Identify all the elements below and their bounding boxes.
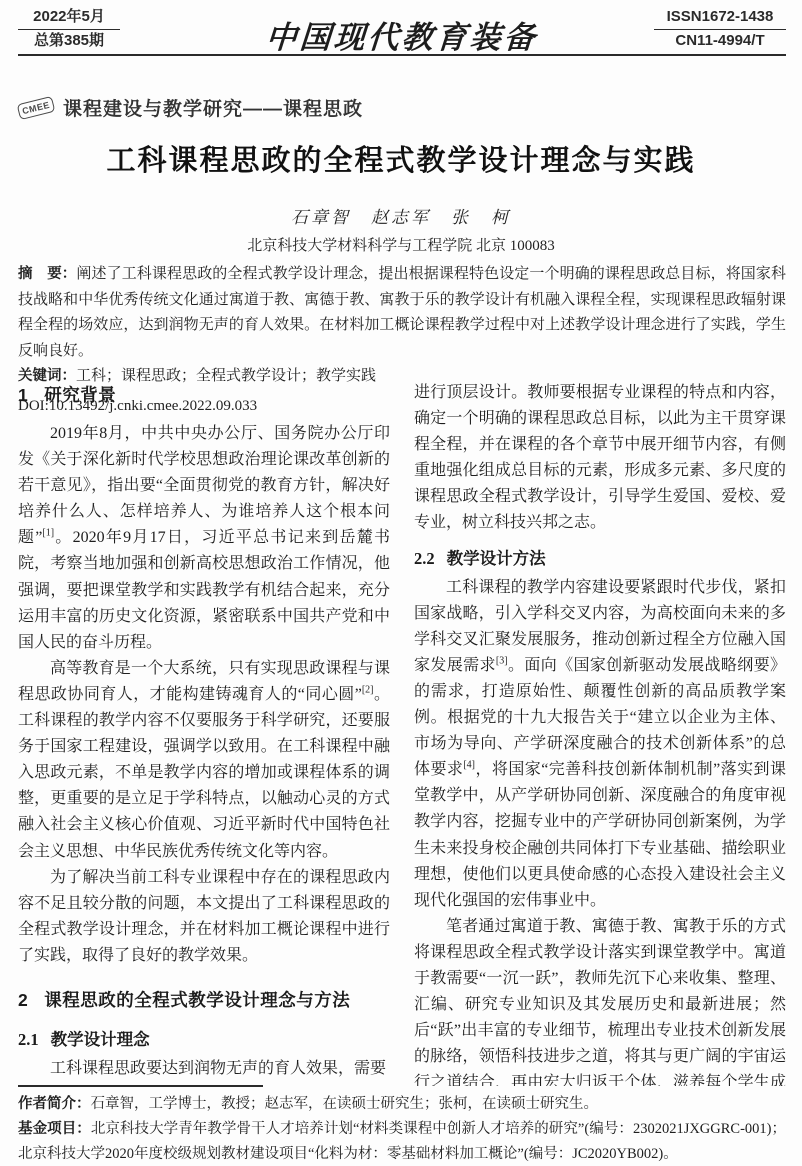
section-1-title: 研究背景 — [44, 385, 116, 405]
section-1-number: 1 — [18, 385, 28, 405]
section-2-2-number: 2.2 — [414, 549, 435, 568]
funding-line: 基金项目：北京科技大学青年教学骨干人才培养计划“材料类课程中创新人才培养的研究”… — [18, 1117, 786, 1166]
section-2-number: 2 — [18, 990, 28, 1010]
section-2-2-title: 教学设计方法 — [447, 550, 546, 568]
section-2-1-title: 教学设计理念 — [51, 1031, 150, 1049]
page-header: 2022年5月 总第385期 中国现代教育装备 ISSN1672-1438 CN… — [18, 6, 786, 54]
issn-number: ISSN1672-1438 — [654, 6, 786, 30]
author-bio-text: 石章智，工学博士，教授；赵志军，在读硕士研究生；张柯，在读硕士研究生。 — [91, 1096, 599, 1112]
body-paragraph: 2019年8月，中共中央办公厅、国务院办公厅印发《关于深化新时代学校思想政治理论… — [18, 421, 390, 656]
article-title: 工科课程思政的全程式教学设计理念与实践 — [0, 138, 802, 179]
article-body: 1研究背景 2019年8月，中共中央办公厅、国务院办公厅印发《关于深化新时代学校… — [18, 380, 786, 1086]
section-2-2-heading: 2.2教学设计方法 — [414, 545, 786, 569]
body-paragraph: 工科课程的教学内容建设要紧跟时代步伐，紧扣国家战略，引入学科交叉内容，为高校面向… — [414, 575, 786, 914]
section-1-heading: 1研究背景 — [18, 382, 390, 407]
header-divider — [18, 54, 786, 56]
section-2-title: 课程思政的全程式教学设计理念与方法 — [44, 990, 350, 1010]
section-2-heading: 2课程思政的全程式教学设计理念与方法 — [18, 987, 390, 1012]
page-footer: 作者简介：石章智，工学博士，教授；赵志军，在读硕士研究生；张柯，在读硕士研究生。… — [18, 1092, 786, 1166]
body-paragraph: 为了解决当前工科专业课程中存在的课程思政内容不足且较分散的问题，本文提出了工科课… — [18, 865, 390, 969]
cn-number: CN11-4994/T — [654, 30, 786, 52]
article-authors: 石章智 赵志军 张 柯 — [0, 203, 802, 228]
article-affiliation: 北京科技大学材料科学与工程学院 北京 100083 — [0, 234, 802, 255]
abstract-paragraph: 摘 要：阐述了工科课程思政的全程式教学设计理念，提出根据课程特色设定一个明确的课… — [18, 262, 786, 364]
abstract-label: 摘 要： — [18, 266, 76, 282]
section-2-1-heading: 2.1教学设计理念 — [18, 1026, 390, 1050]
section-badge: CMEE 课程建设与教学研究——课程思政 — [18, 94, 363, 121]
body-paragraph: 工科课程思政要达到润物无声的育人效果，需要 — [18, 1056, 390, 1082]
footnote-divider — [18, 1085, 263, 1087]
author-bio-line: 作者简介：石章智，工学博士，教授；赵志军，在读硕士研究生；张柯，在读硕士研究生。 — [18, 1092, 786, 1117]
left-column: 1研究背景 2019年8月，中共中央办公厅、国务院办公厅印发《关于深化新时代学校… — [18, 380, 390, 1086]
body-paragraph: 高等教育是一个大系统，只有实现思政课程与课程思政协同育人，才能构建铸魂育人的“同… — [18, 656, 390, 865]
section-badge-label: 课程建设与教学研究——课程思政 — [63, 94, 363, 121]
section-2-1-number: 2.1 — [18, 1030, 39, 1049]
journal-page: 2022年5月 总第385期 中国现代教育装备 ISSN1672-1438 CN… — [0, 0, 802, 1166]
author-bio-label: 作者简介： — [18, 1096, 91, 1112]
cmee-logo-icon: CMEE — [17, 95, 56, 119]
issn-info: ISSN1672-1438 CN11-4994/T — [654, 6, 786, 52]
abstract-text: 阐述了工科课程思政的全程式教学设计理念，提出根据课程特色设定一个明确的课程思政总… — [18, 266, 786, 359]
funding-text: 北京科技大学青年教学骨干人才培养计划“材料类课程中创新人才培养的研究”(编号：2… — [18, 1121, 786, 1162]
body-paragraph: 笔者通过寓道于教、寓德于教、寓教于乐的方式将课程思政全程式教学设计落实到课堂教学… — [414, 914, 786, 1086]
body-paragraph-continuation: 进行顶层设计。教师要根据专业课程的特点和内容，确定一个明确的课程思政总目标，以此… — [414, 380, 786, 537]
funding-label: 基金项目： — [18, 1121, 91, 1137]
right-column: 进行顶层设计。教师要根据专业课程的特点和内容，确定一个明确的课程思政总目标，以此… — [414, 380, 786, 1086]
